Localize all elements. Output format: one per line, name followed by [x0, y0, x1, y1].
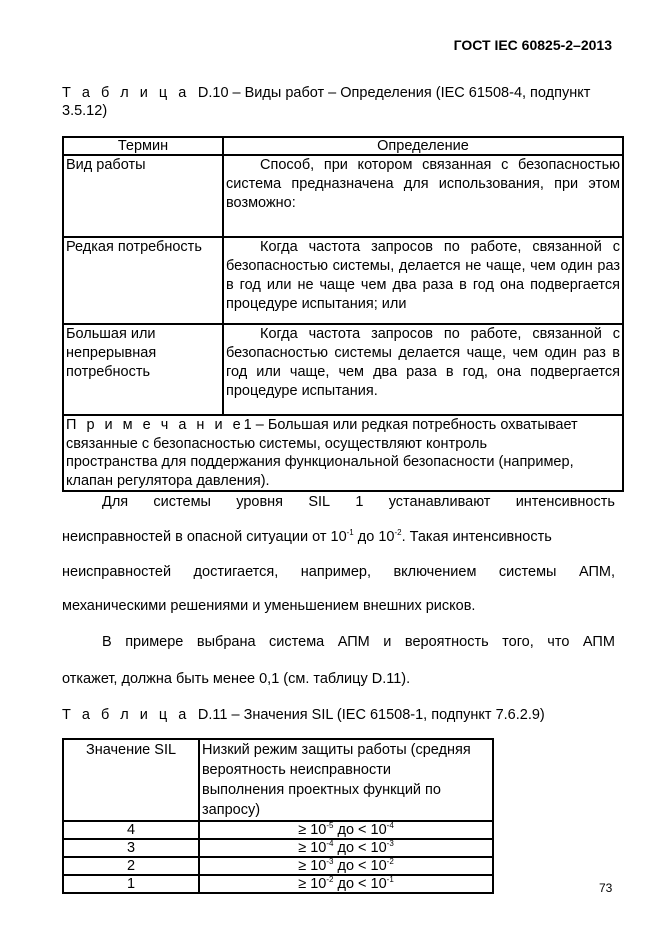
table-d10-caption: Т а б л и ц а D.10 – Виды работ – Опреде… — [62, 84, 615, 120]
probability-range-cell: ≥ 10-3 до < 10-2 — [199, 857, 493, 875]
definition-cell: Способ, при котором связанная с безопасн… — [223, 155, 623, 237]
word: системы — [153, 494, 211, 510]
caption-text: D.10 – Виды работ – Определения (IEC 615… — [198, 85, 590, 101]
paragraph-1-line-3: неисправностейдостигается,например,включ… — [62, 564, 615, 580]
paragraph-1-line-4: механическими решениями и уменьшением вн… — [62, 598, 615, 614]
column-header-term: Термин — [63, 137, 223, 155]
probability-range-cell: ≥ 10-2 до < 10-1 — [199, 875, 493, 893]
paragraph-2-line-2: откажет, должна быть менее 0,1 (см. табл… — [62, 671, 615, 687]
table-d11: Значение SIL Низкий режим защиты работы … — [62, 738, 494, 894]
word: и — [383, 634, 391, 650]
definition-cell: Когда частота запросов по работе, связан… — [223, 324, 623, 415]
table-row: Редкая потребность Когда частота запросо… — [63, 237, 623, 324]
word: 1 — [355, 494, 363, 510]
word: АПМ, — [579, 564, 615, 580]
table-header-row: Значение SIL Низкий режим защиты работы … — [63, 739, 493, 821]
table-note-row: П р и м е ч а н и е1 – Большая или редка… — [63, 415, 623, 491]
table-row: 2≥ 10-3 до < 10-2 — [63, 857, 493, 875]
word: SIL — [308, 494, 330, 510]
table-d10: Термин Определение Вид работы Способ, пр… — [62, 136, 624, 492]
word: АПМ — [338, 634, 370, 650]
probability-range-cell: ≥ 10-5 до < 10-4 — [199, 821, 493, 839]
definition-cell: Когда частота запросов по работе, связан… — [223, 237, 623, 324]
word: АПМ — [583, 634, 615, 650]
word: вероятность — [405, 634, 489, 650]
caption-word: Т а б л и ц а — [62, 707, 190, 723]
caption-text-line2: 3.5.12) — [62, 102, 615, 120]
word: того, — [502, 634, 534, 650]
caption-text: D.11 – Значения SIL (IEC 61508-1, подпун… — [198, 707, 545, 723]
table-row: 1≥ 10-2 до < 10-1 — [63, 875, 493, 893]
word: выбрана — [197, 634, 256, 650]
sil-cell: 4 — [63, 821, 199, 839]
word: устанавливают — [389, 494, 491, 510]
word: достигается, — [194, 564, 279, 580]
word: например, — [301, 564, 371, 580]
sil-cell: 2 — [63, 857, 199, 875]
note-label: П р и м е ч а н и е — [66, 417, 244, 433]
word: В — [102, 634, 112, 650]
column-header-low-demand: Низкий режим защиты работы (средняя веро… — [199, 739, 493, 821]
term-cell: Редкая потребность — [63, 237, 223, 324]
word: уровня — [236, 494, 283, 510]
page-number: 73 — [599, 881, 612, 895]
table-d11-caption: Т а б л и ц а D.11 – Значения SIL (IEC 6… — [62, 706, 615, 724]
table-row: Большая или непрерывная потребность Когд… — [63, 324, 623, 415]
word: примере — [125, 634, 183, 650]
word: неисправностей — [62, 564, 171, 580]
term-cell: Большая или непрерывная потребность — [63, 324, 223, 415]
caption-word: Т а б л и ц а — [62, 85, 190, 101]
paragraph-2-line-1: ВпримеревыбранасистемаАПМивероятностьтог… — [62, 634, 615, 650]
note-number: 1 — [244, 417, 252, 433]
term-cell: Вид работы — [63, 155, 223, 237]
probability-range-cell: ≥ 10-4 до < 10-3 — [199, 839, 493, 857]
standard-header: ГОСТ IEC 60825-2–2013 — [454, 37, 612, 53]
word: интенсивность — [516, 494, 615, 510]
column-header-sil: Значение SIL — [63, 739, 199, 821]
word: системы — [499, 564, 557, 580]
table-row: 3≥ 10-4 до < 10-3 — [63, 839, 493, 857]
word: включением — [393, 564, 476, 580]
table-row: 4≥ 10-5 до < 10-4 — [63, 821, 493, 839]
sil-cell: 3 — [63, 839, 199, 857]
word: система — [269, 634, 324, 650]
table-note: П р и м е ч а н и е1 – Большая или редка… — [63, 415, 623, 491]
paragraph-1-line-2: неисправностей в опасной ситуации от 10-… — [62, 529, 615, 545]
word: Для — [102, 494, 128, 510]
sil-cell: 1 — [63, 875, 199, 893]
word: что — [547, 634, 569, 650]
column-header-definition: Определение — [223, 137, 623, 155]
table-header-row: Термин Определение — [63, 137, 623, 155]
paragraph-1-line-1: ДлясистемыуровняSIL1устанавливаютинтенси… — [62, 494, 615, 510]
table-row: Вид работы Способ, при котором связанная… — [63, 155, 623, 237]
